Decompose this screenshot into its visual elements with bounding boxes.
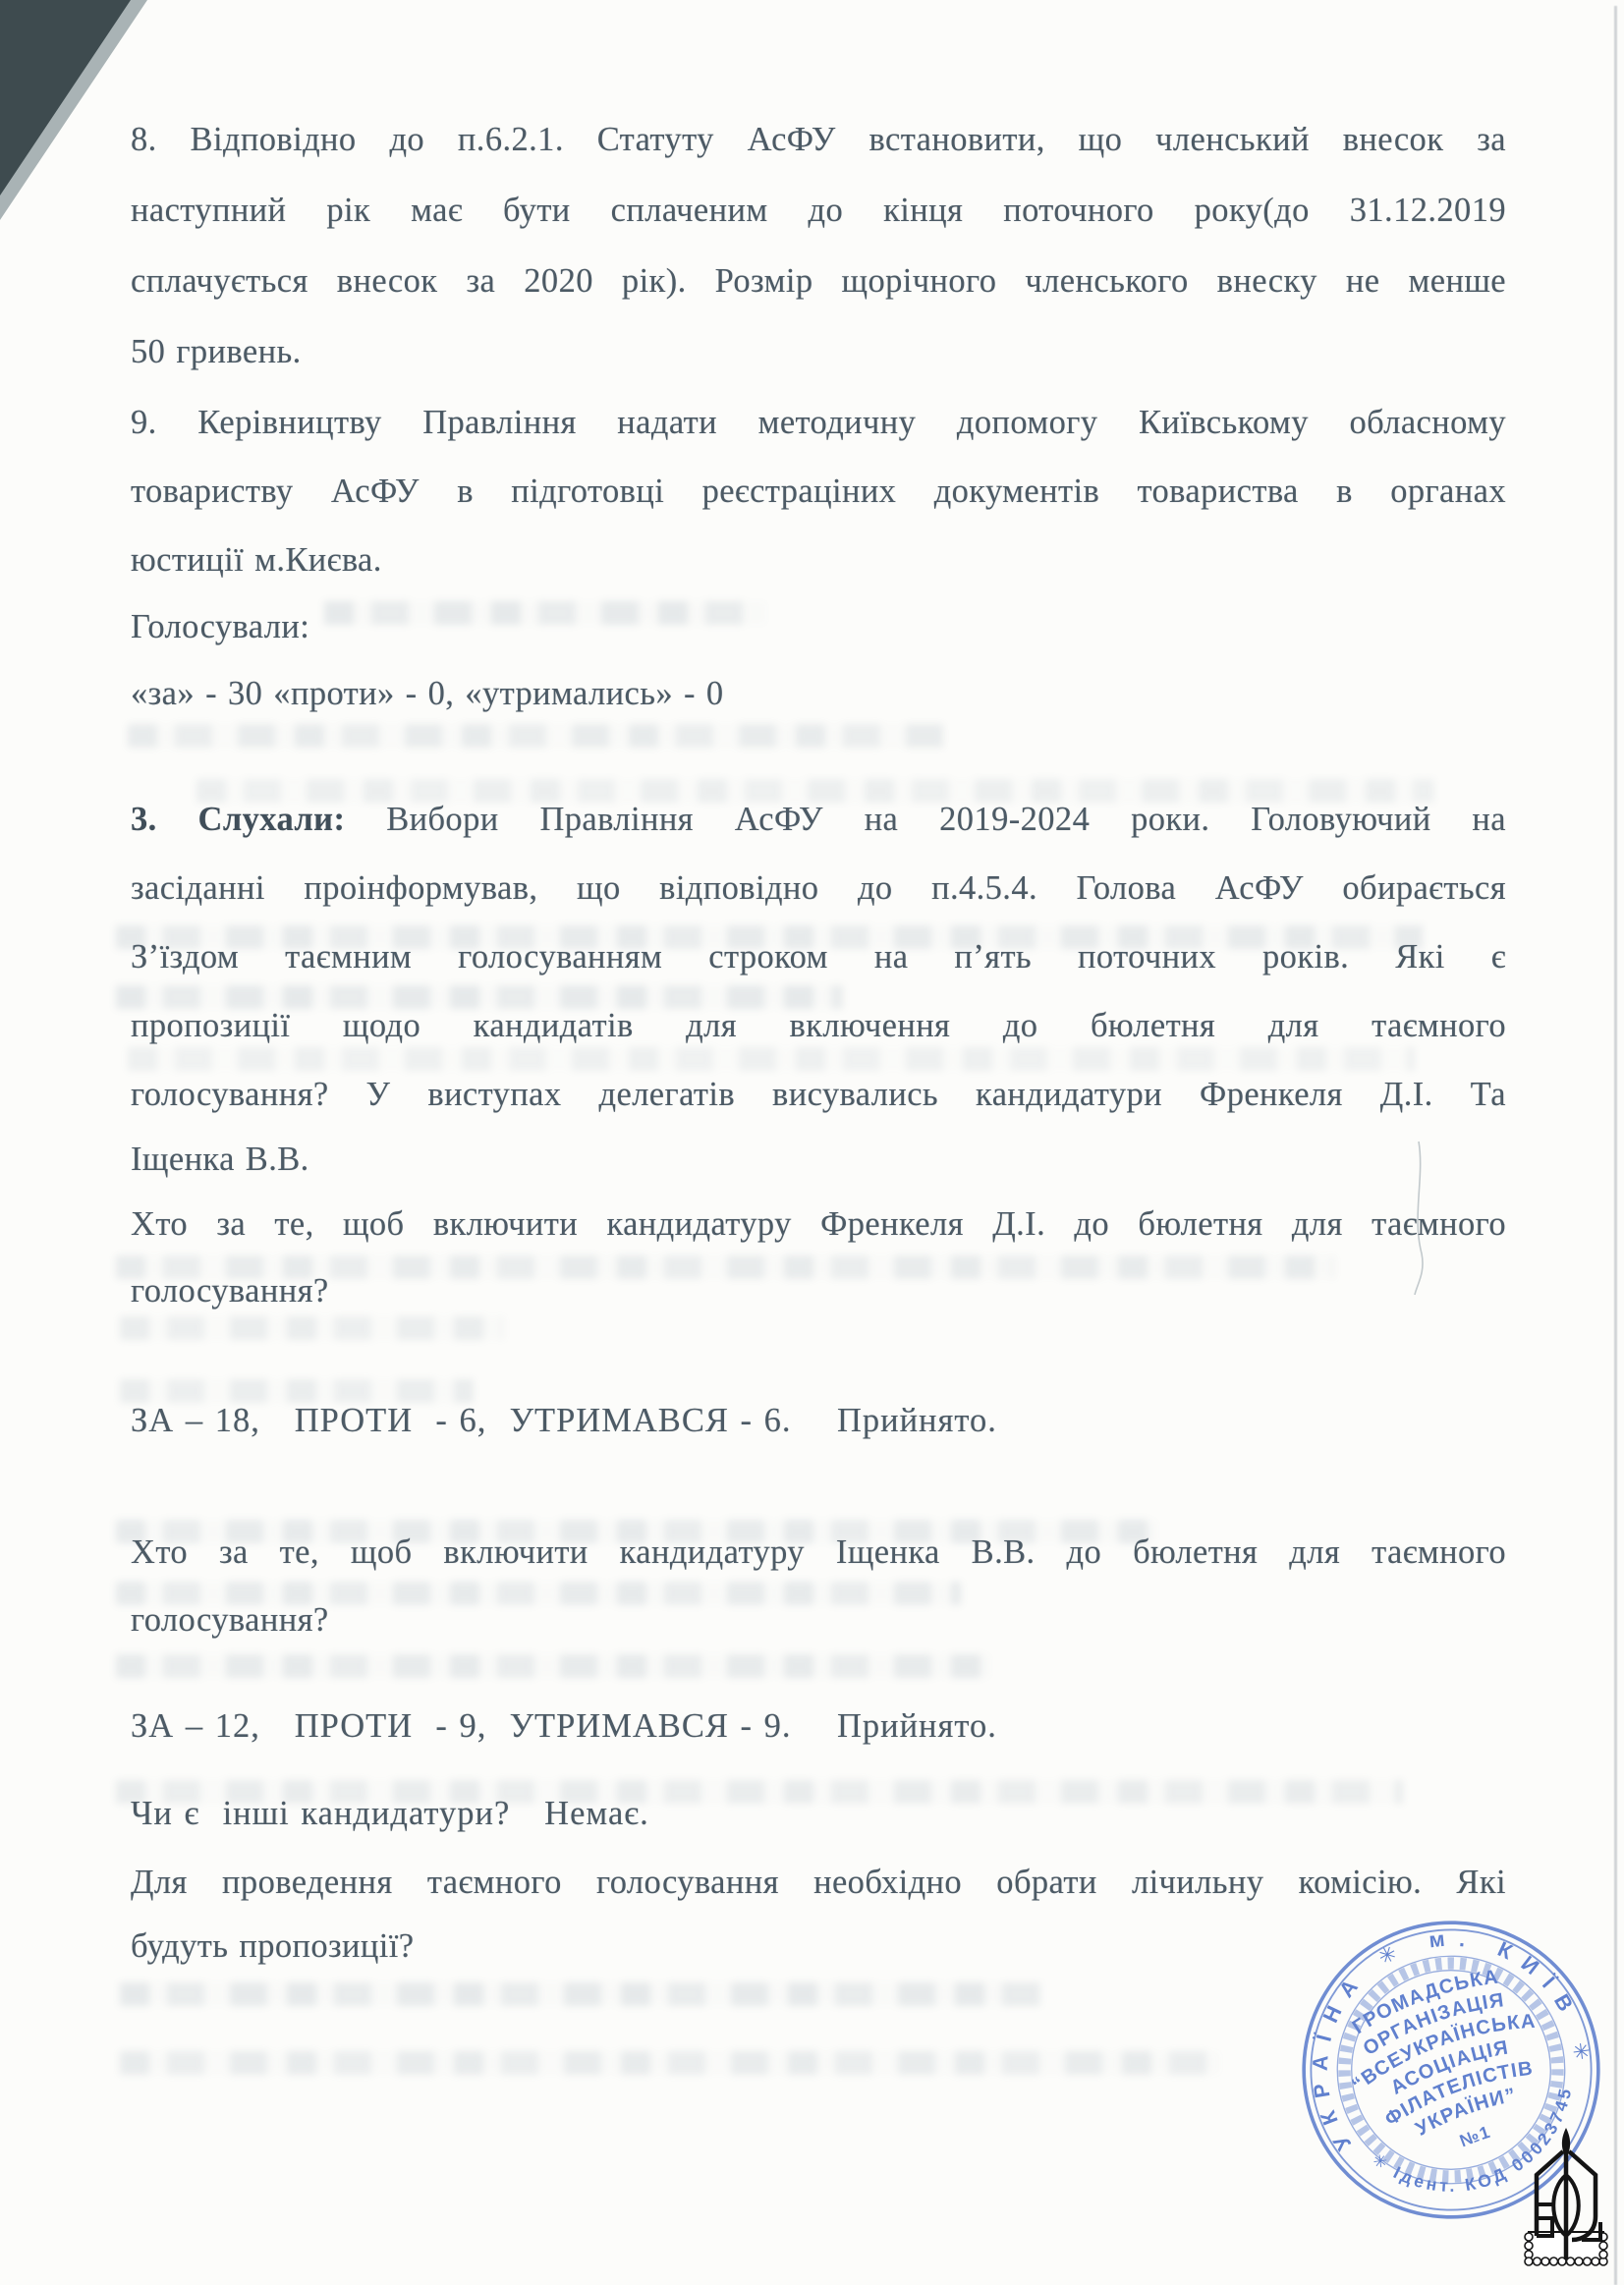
doc-line: голосування? У виступах делегатів висува… [131, 1073, 1506, 1118]
doc-line-agenda-3: 3. Слухали: Вибори Правління АсФУ на 201… [131, 798, 1506, 843]
doc-line-vote-result: ЗА – 12, ПРОТИ - 9, УТРИМАВСЯ - 9. Прийн… [131, 1704, 1506, 1750]
asfu-trident-emblem-icon [1509, 2126, 1623, 2273]
doc-line: засіданні проінформував, що відповідно д… [131, 866, 1506, 912]
ghost-text-smudge [120, 2051, 1220, 2075]
doc-line: товариству АсФУ в підготовці реєстраціни… [131, 470, 1506, 515]
agenda-3-heading: 3. Слухали: [131, 801, 345, 838]
doc-line-question: Хто за те, щоб включити кандидатуру Іщен… [131, 1531, 1506, 1576]
agenda-3-text: Вибори Правління АсФУ на 2019-2024 роки.… [345, 801, 1506, 838]
doc-line-vote-result: ЗА – 18, ПРОТИ - 6, УТРИМАВСЯ - 6. Прийн… [131, 1399, 1506, 1444]
doc-line-voting-header: Голосували: [131, 605, 1506, 650]
svg-text:№1: №1 [1457, 2121, 1494, 2150]
doc-line: юстиції м.Києва. [131, 538, 1506, 584]
doc-line: сплачується внесок за 2020 рік). Розмір … [131, 259, 1506, 305]
doc-line: голосування? [131, 1269, 1506, 1314]
ghost-text-smudge [120, 1316, 503, 1340]
doc-line: наступний рік має бути сплаченим до кінц… [131, 189, 1506, 234]
ghost-text-smudge [120, 1982, 1043, 2006]
ghost-text-smudge [116, 1654, 990, 1678]
ghost-text-smudge [128, 724, 943, 748]
doc-line: Для проведення таємного голосування необ… [131, 1861, 1506, 1906]
doc-line: З’їздом таємним голосуванням строком на … [131, 935, 1506, 980]
doc-line: 50 гривень. [131, 330, 1506, 375]
doc-line: пропозиції щодо кандидатів для включення… [131, 1004, 1506, 1049]
doc-line-question: Хто за те, щоб включити кандидатуру Френ… [131, 1202, 1506, 1248]
scan-artifact-line [1614, 6, 1617, 2285]
doc-line: 9. Керівництву Правління надати методичн… [131, 401, 1506, 446]
doc-line: Іщенка В.В. [131, 1138, 1506, 1183]
ghost-text-smudge [128, 1047, 1415, 1071]
doc-line: Чи є інші кандидатури? Немає. [131, 1792, 1506, 1837]
doc-line: голосування? [131, 1598, 1506, 1644]
seal-center-line-7: №1 [1457, 2121, 1494, 2150]
doc-line-vote-result: «за» - 30 «проти» - 0, «утримались» - 0 [131, 672, 1506, 717]
doc-line: 8. Відповідно до п.6.2.1. Статуту АсФУ в… [131, 118, 1506, 163]
scanned-document-page: 8. Відповідно до п.6.2.1. Статуту АсФУ в… [0, 0, 1624, 2285]
